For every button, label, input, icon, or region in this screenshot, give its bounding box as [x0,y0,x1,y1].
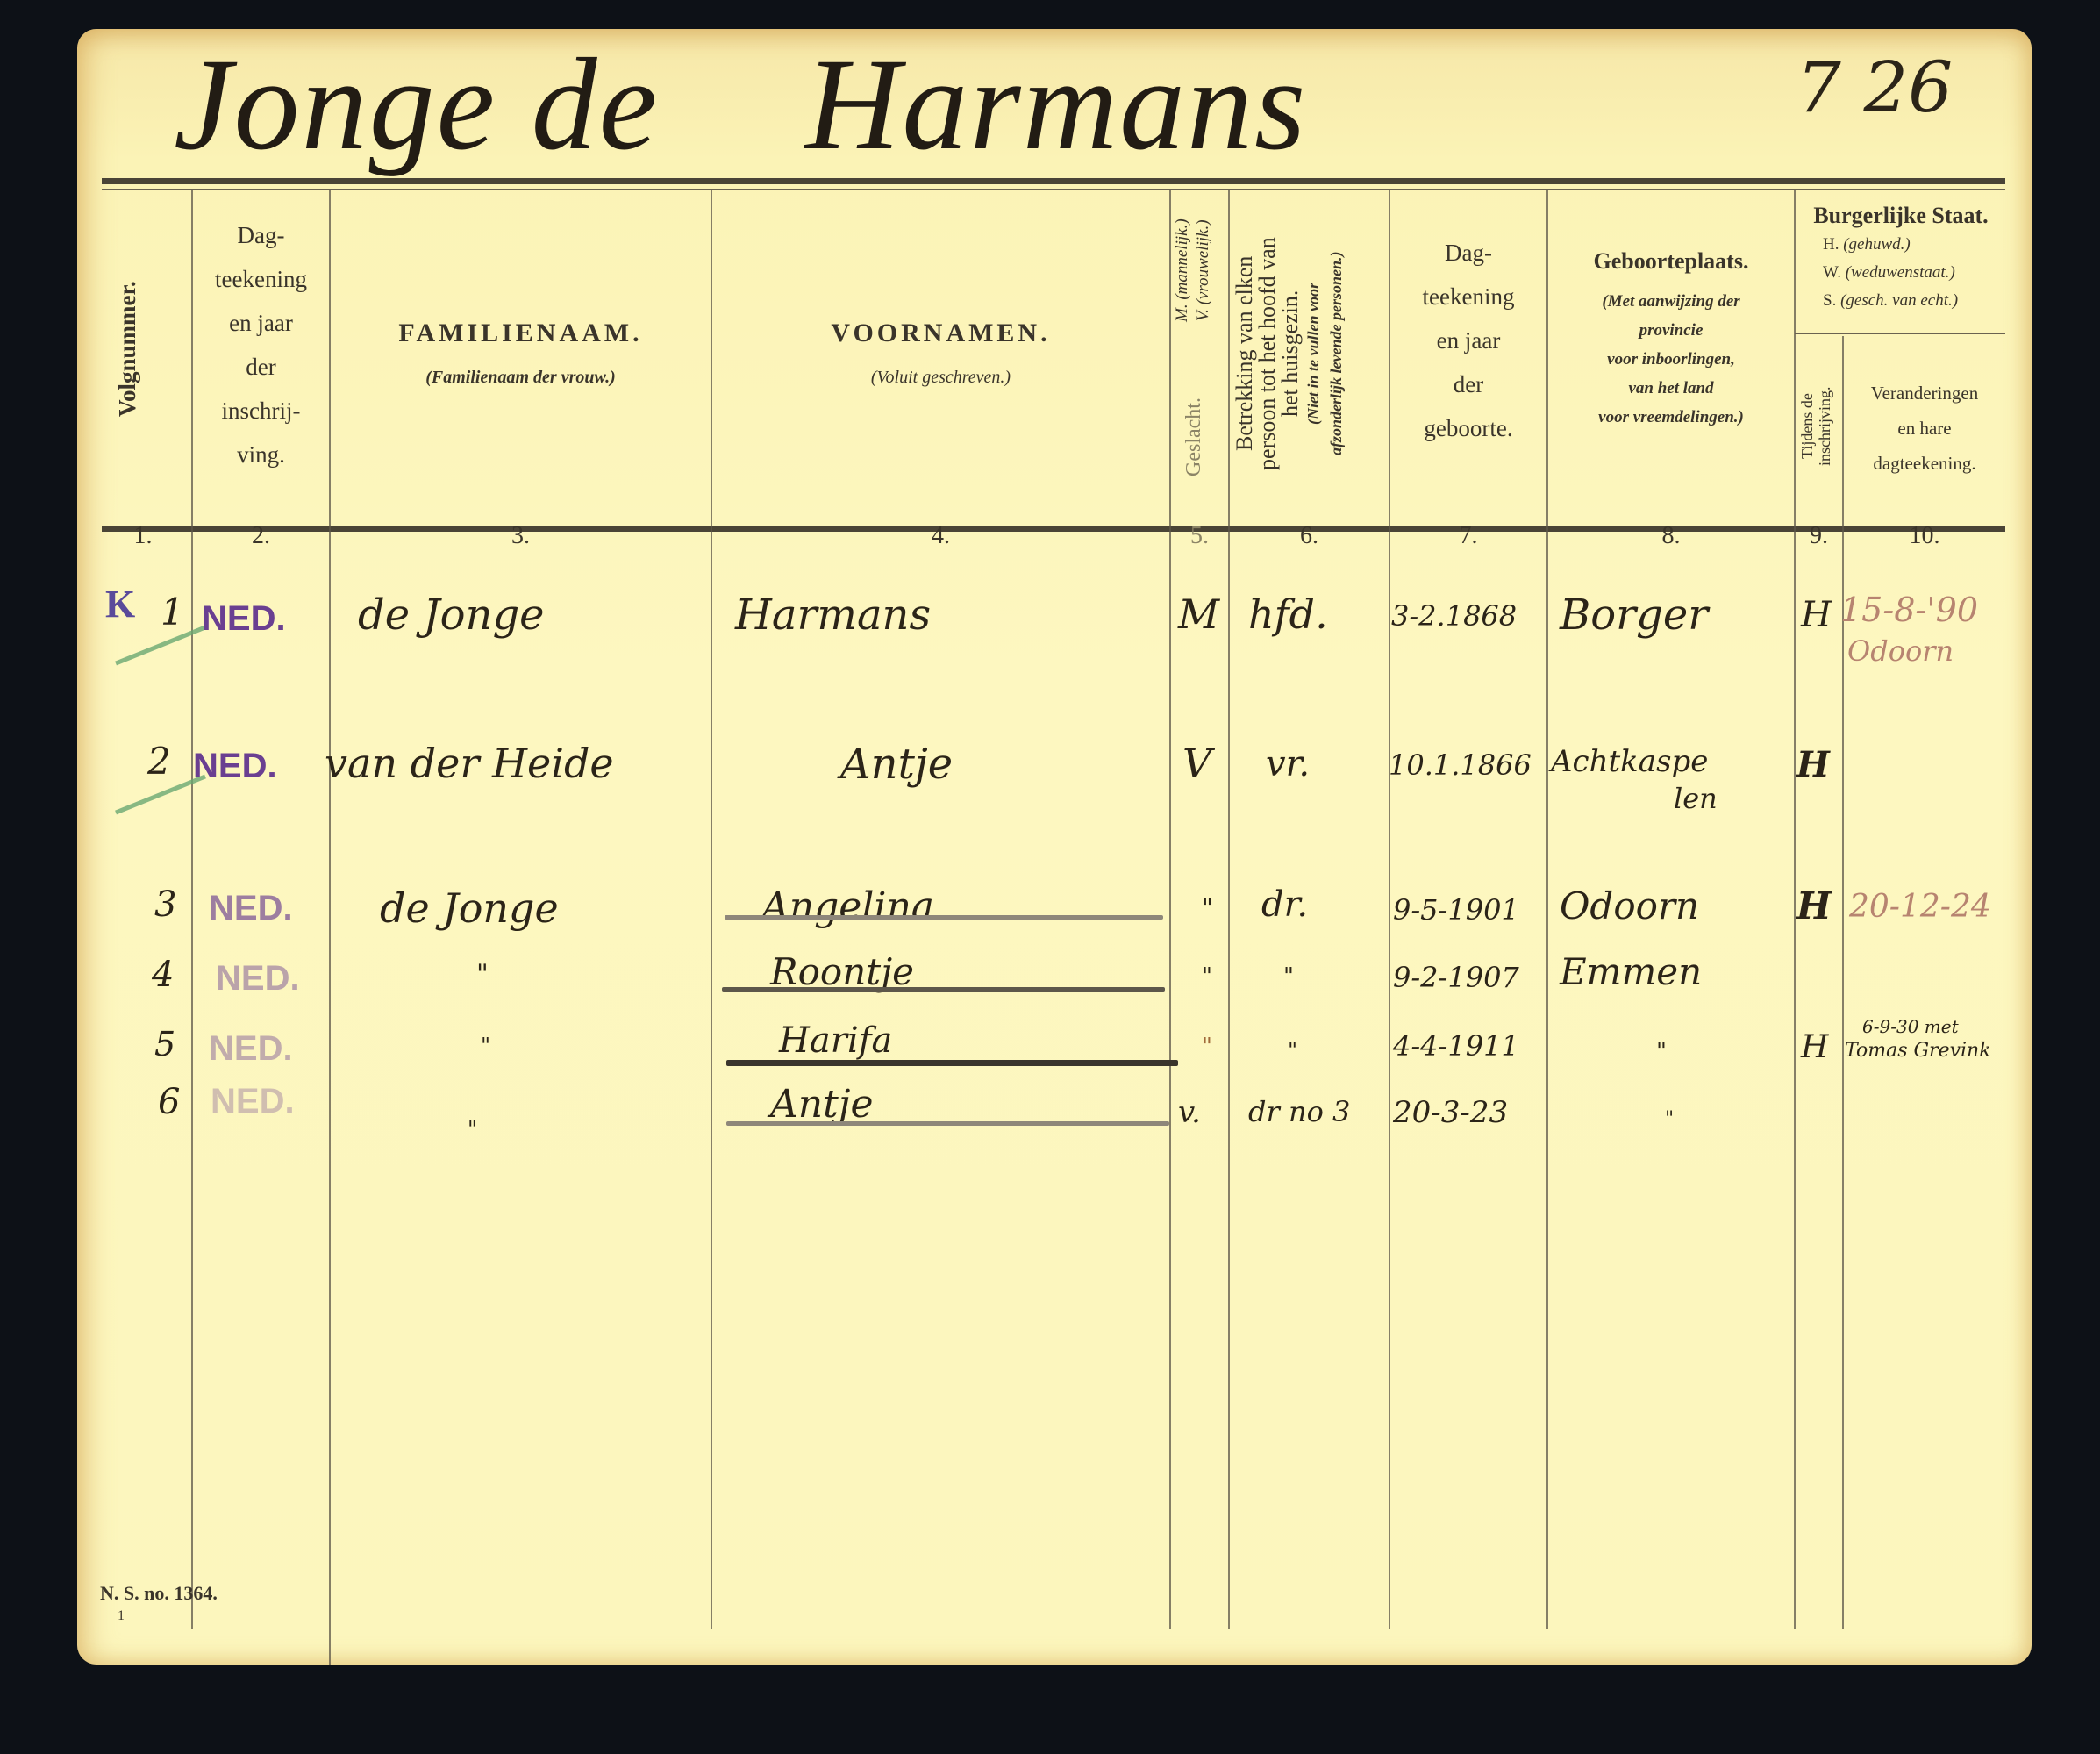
marker-k: K [105,582,135,626]
form-number: N. S. no. 1364. [100,1582,218,1605]
civil-status: H [1801,595,1832,635]
relation: " [1283,963,1294,990]
header-top-rule [102,178,2005,184]
row-number: 5 [154,1025,175,1063]
header-geboorteplaats-sub: (Met aanwijzing der provincie voor inboo… [1548,287,1794,432]
header-line: voor inboorlingen, [1548,345,1794,374]
header-familienaam-sub: (Familienaam der vrouw.) [331,368,711,388]
header-dagteekening-geboorte: Dag- teekening en jaar der geboorte. [1390,231,1546,450]
birth-date: 9-2-1907 [1393,961,1519,994]
strikethrough [722,987,1165,992]
card-number: 7 26 [1796,47,1953,128]
row-number: 3 [154,884,176,925]
col-divider-4 [1169,190,1171,1629]
header-burgerlijke-staat: Burgerlijke Staat. H. (gehuwd.) W. (wedu… [1796,203,2005,315]
change-date: 20-12-24 [1849,889,1991,925]
colnum-6: 6. [1230,522,1389,550]
header-line: dagteekening. [1844,446,2005,481]
birth-place: Odoorn [1560,884,1699,927]
family-name: van der Heide [325,740,614,787]
legend-meaning: (weduwenstaat.) [1846,263,1955,282]
civil-status: H [1796,744,1830,785]
family-name: " [476,959,489,990]
first-names: Antje [770,1082,873,1127]
nationality-stamp: NED. [209,1029,293,1069]
registration-card: Jonge de Harmans 7 26 Volgnummer. Dag- t… [77,29,2032,1665]
civil-status: H [1801,1029,1828,1065]
nationality-stamp: NED. [193,747,277,786]
first-names: Harifa [779,1020,892,1061]
birth-date: 9-5-1901 [1393,893,1519,927]
card-surname: Jonge de [174,29,659,180]
family-name: de Jonge [380,884,559,932]
birth-place: Achtkaspe [1551,744,1708,779]
header-line: Veranderingen [1844,376,2005,411]
birth-date: 20-3-23 [1393,1095,1508,1130]
birth-place: Emmen [1560,950,1702,993]
colnum-5: 5. [1171,522,1228,550]
card-head-name: Harmans [805,29,1307,180]
birth-place: " [1665,1108,1674,1130]
relation: dr no 3 [1248,1095,1350,1128]
header-line: der [193,345,329,389]
col-divider-3 [711,190,712,1629]
colnum-1: 1. [95,522,191,550]
colnum-7: 7. [1390,522,1546,550]
birth-place: " [1656,1038,1667,1064]
legend-row-w: W. (weduwenstaat.) [1823,259,2005,287]
nationality-stamp: NED. [202,599,286,639]
sex: " [1202,963,1212,990]
legend-code: W. [1823,263,1841,282]
col-divider-2 [329,190,331,1665]
sex: V [1182,740,1211,787]
relation: hfd. [1248,591,1328,638]
first-names: Antje [840,740,953,789]
strikethrough [726,1121,1169,1126]
header-betrekking: Betrekking van elken persoon tot het hoo… [1233,196,1347,512]
header-line: en hare [1844,411,2005,446]
nationality-stamp: NED. [216,959,300,999]
header-voornamen-sub: (Voluit geschreven.) [712,368,1169,388]
header-line: teekening [193,257,329,301]
change-date: 6-9-30 met [1862,1016,1959,1037]
change-date: 15-8-'90 [1840,591,1978,629]
header-line: ving. [193,433,329,476]
header-voornamen: VOORNAMEN. (Voluit geschreven.) [712,319,1169,388]
header-top-rule-thin [102,189,2005,190]
sex: M [1178,591,1219,638]
header-line: der [1390,362,1546,406]
sex: " [1202,1034,1212,1060]
header-line: van het land [1548,374,1794,403]
header-line: en jaar [1390,319,1546,362]
header-geslacht-legend: M. (mannelijk.) V. (vrouwelijk.) [1172,196,1214,345]
relation: " [1288,1038,1297,1063]
family-name: " [481,1034,490,1058]
row-number: 4 [152,955,174,995]
burgerlijke-staat-title: Burgerlijke Staat. [1796,203,2005,229]
header-line: persoon tot het hoofd van [1254,237,1280,470]
header-line: en jaar [193,301,329,345]
header-line: teekening [1390,275,1546,319]
header-geboorteplaats-title: Geboorteplaats. [1548,248,1794,275]
header-line: Dag- [1390,231,1546,275]
header-familienaam: FAMILIENAAM. (Familienaam der vrouw.) [331,319,711,388]
birth-date: 3-2.1868 [1391,599,1517,633]
header-line: het huisgezin. [1277,290,1303,417]
header-line: geboorte. [1390,406,1546,450]
header-line: voor vreemdelingen.) [1548,403,1794,432]
colnum-9: 9. [1796,522,1842,550]
legend-meaning: (gehuwd.) [1843,235,1911,254]
nationality-stamp: NED. [211,1082,295,1121]
header-line: provincie [1548,316,1794,345]
header-line: (Met aanwijzing der [1548,287,1794,316]
relation: vr. [1266,744,1310,784]
row-number: 6 [158,1082,180,1122]
legend-row-h: H. (gehuwd.) [1823,231,2005,259]
legend-code: H. [1823,235,1839,254]
nationality-stamp: NED. [209,889,293,928]
colnum-4: 4. [712,522,1169,550]
header-line: Dag- [193,213,329,257]
first-names: Angelina [761,884,934,929]
header-line: (Niet in te vullen voor [1304,283,1322,425]
sex: v. [1178,1095,1201,1130]
family-name: de Jonge [358,591,545,640]
first-names: Harmans [735,591,931,640]
strikethrough [725,915,1163,920]
sex: " [1202,893,1213,922]
legend-male: M. (mannelijk.) [1173,218,1191,322]
colnum-8: 8. [1548,522,1794,550]
header-familienaam-title: FAMILIENAAM. [331,319,711,348]
legend-row-s: S. (gesch. van echt.) [1823,287,2005,315]
legend-code: S. [1823,291,1836,310]
header-line: Betrekking van elken [1232,256,1257,451]
col-divider-8 [1794,190,1796,1629]
change-spouse: Tomas Grevink [1845,1040,1991,1062]
header-line: afzonderlijk levende personen.) [1327,252,1345,455]
header-line: inschrij- [193,389,329,433]
birth-date: 10.1.1866 [1389,748,1532,782]
header-geslacht: Geslacht. [1182,367,1206,507]
colnum-2: 2. [193,522,329,550]
header-voornamen-title: VOORNAMEN. [712,319,1169,348]
header-volgnummer: Volgnummer. [114,248,141,450]
header-dagteekening-inschrijving: Dag- teekening en jaar der inschrij- vin… [193,213,329,476]
header-geboorteplaats: Geboorteplaats. (Met aanwijzing der prov… [1548,248,1794,432]
legend-meaning: (gesch. van echt.) [1840,291,1958,310]
strikethrough [726,1060,1178,1066]
change-place: Odoorn [1847,634,1954,668]
col-divider-5 [1228,190,1230,1629]
burgerlijke-staat-rule [1795,333,2005,334]
birth-date: 4-4-1911 [1393,1029,1519,1063]
header-line: inschrijving. [1816,386,1833,466]
header-tijdens-inschrijving: Tijdens de inschrijving. [1798,349,1833,503]
header-line: Tijdens de [1798,393,1816,459]
header-veranderingen: Veranderingen en hare dagteekening. [1844,376,2005,481]
colnum-3: 3. [331,522,711,550]
legend-female: V. (vrouwelijk.) [1194,219,1212,321]
birth-place-cont: len [1674,782,1718,815]
geslacht-rule [1174,354,1226,354]
birth-place: Borger [1560,591,1708,640]
relation: dr. [1261,884,1308,925]
row-number: 2 [147,740,171,783]
family-name: " [468,1117,477,1142]
civil-status: H [1796,884,1832,927]
row-number: 1 [161,591,184,634]
form-sub-number: 1 [118,1608,125,1624]
colnum-10: 10. [1844,522,2005,550]
